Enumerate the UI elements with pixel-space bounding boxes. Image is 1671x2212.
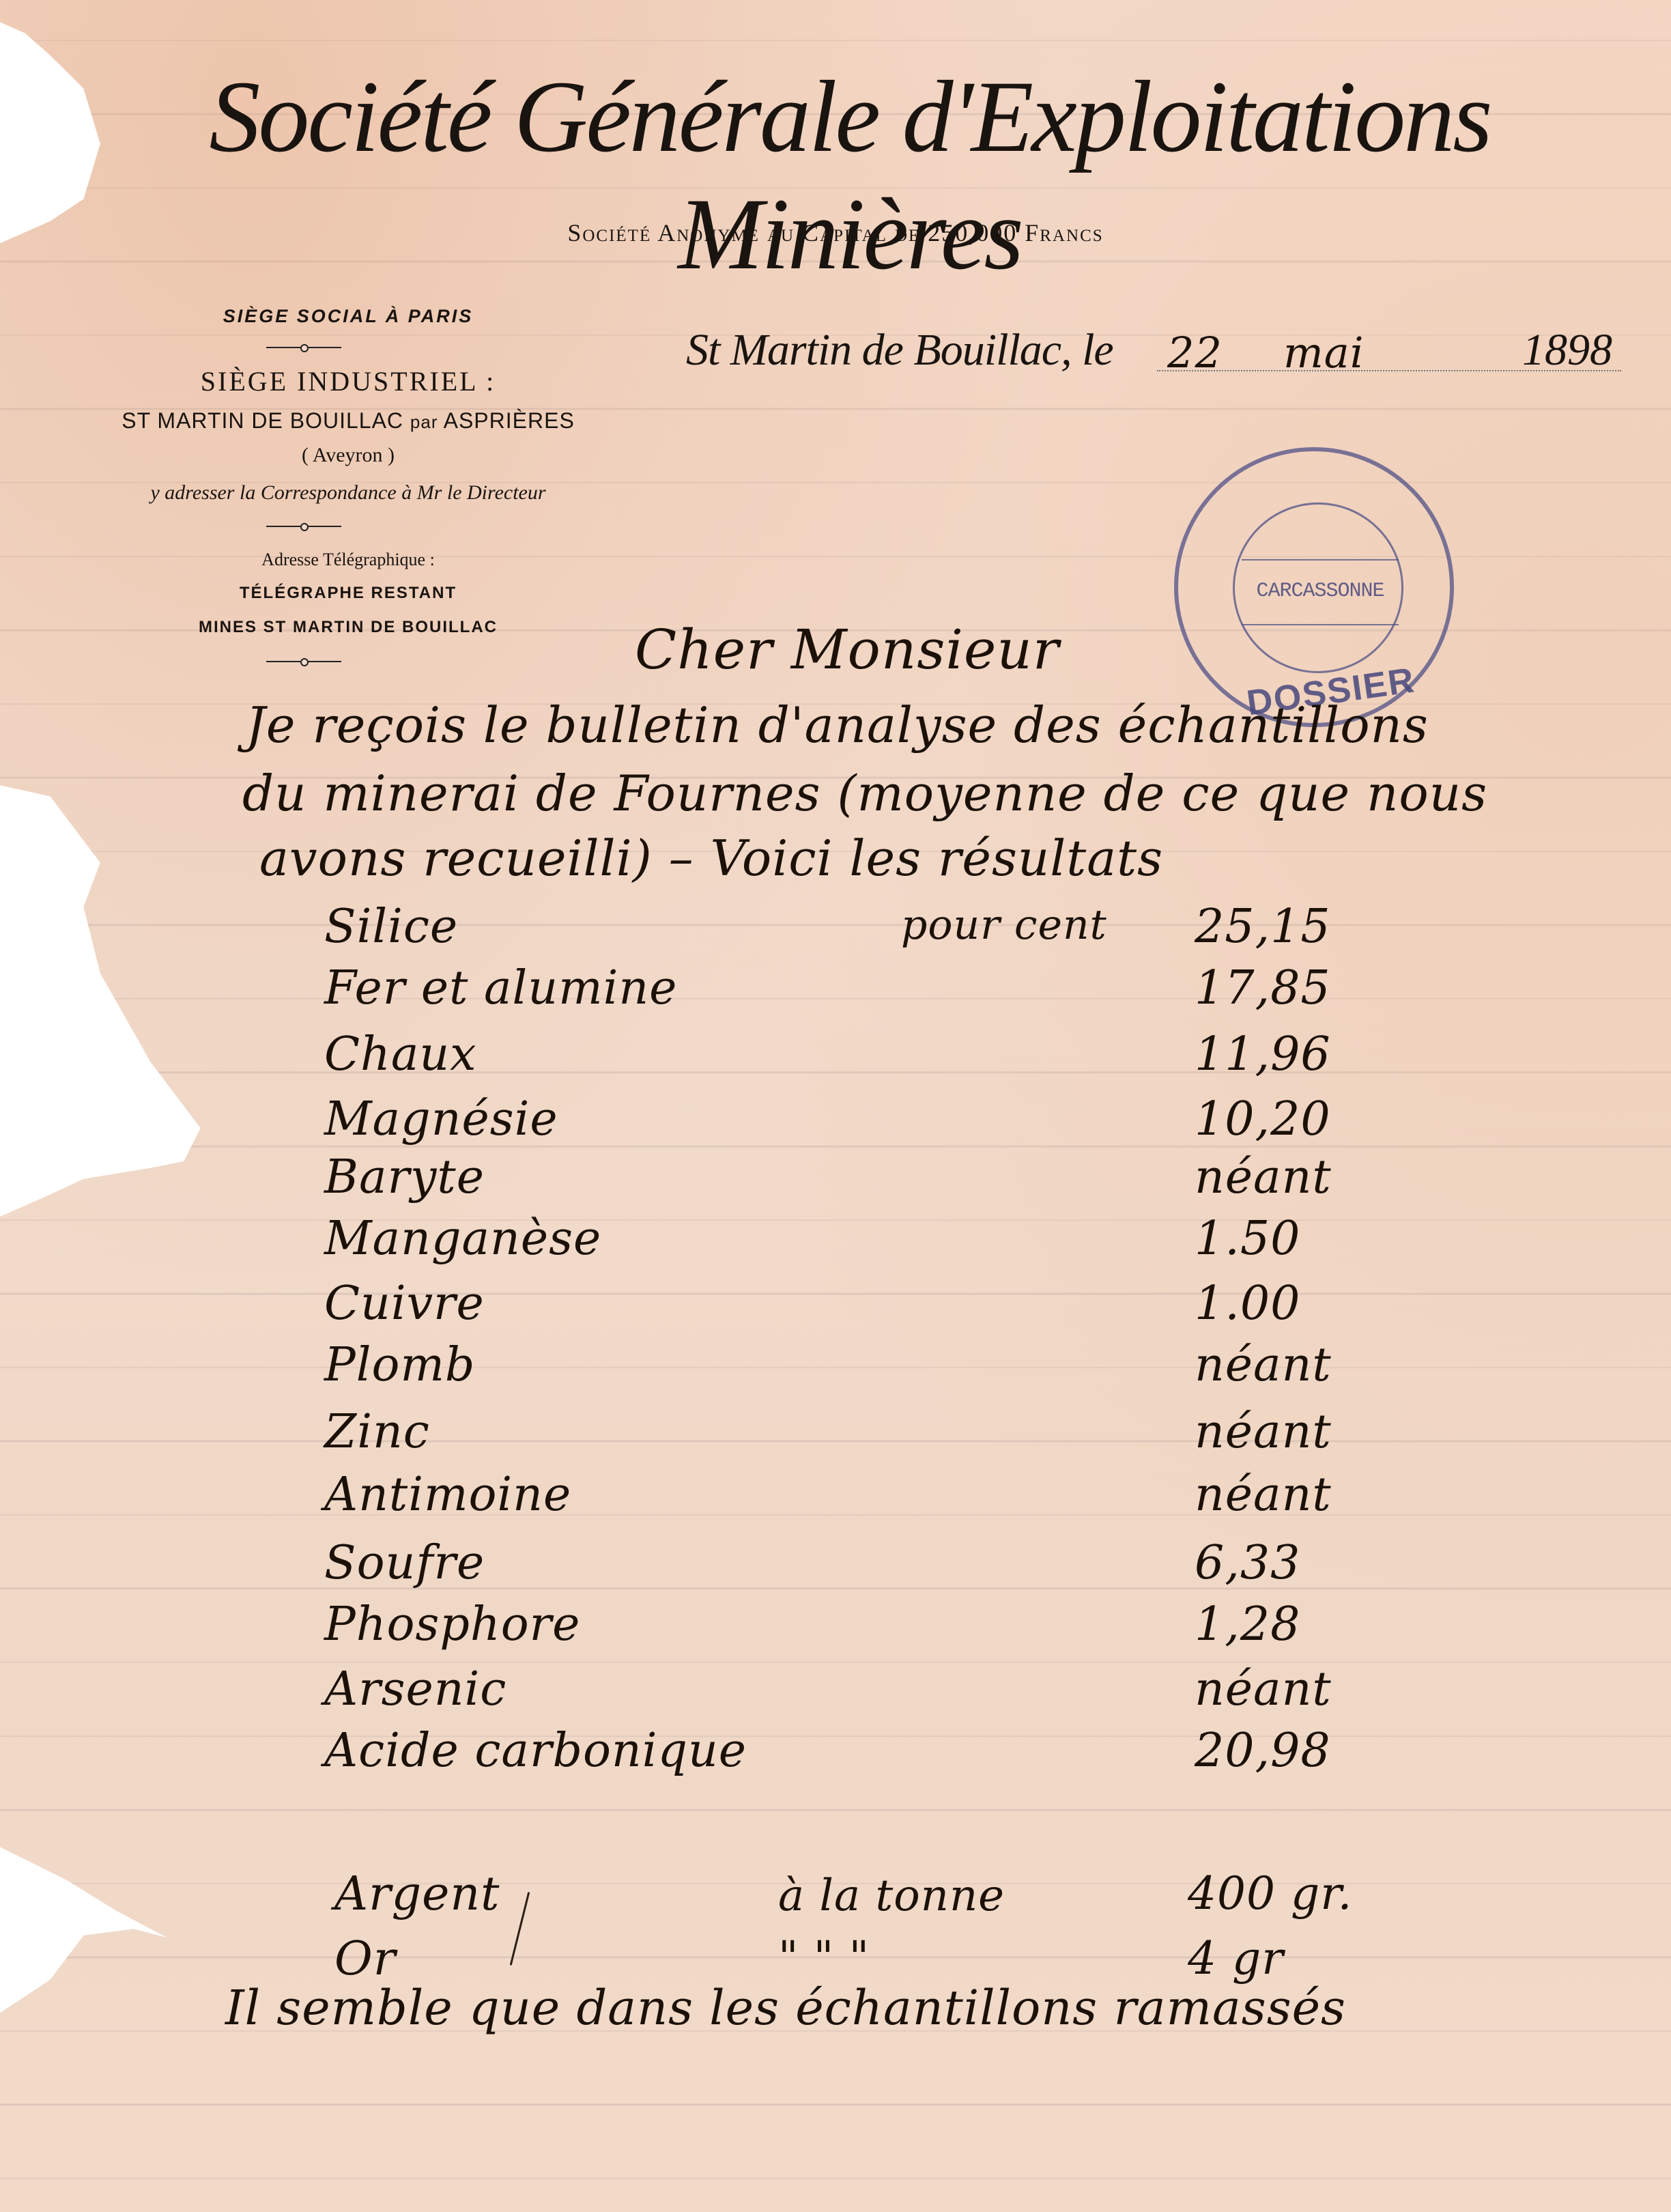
siege-social: SIÈGE SOCIAL À PARIS (89, 306, 608, 327)
date-month: mai (1283, 328, 1365, 378)
analysis-name: Fer et alumine (324, 961, 677, 1015)
telegraph-line-2: MINES ST MARTIN DE BOUILLAC (89, 618, 608, 637)
analysis-value: néant (1195, 1150, 1332, 1204)
carcassonne-dossier-stamp: CARCASSONNE DOSSIER (1174, 447, 1454, 727)
unit-label: pour cent (901, 901, 1107, 949)
correspondance-note: y adresser la Correspondance à Mr le Dir… (89, 481, 608, 505)
analysis-name: Phosphore (324, 1598, 580, 1651)
precious-per: à la tonne (778, 1871, 1005, 1921)
precious-per: " " " (778, 1932, 870, 1983)
stamp-line (1242, 624, 1399, 625)
bracket-mark (510, 1892, 530, 1965)
analysis-name: Acide carbonique (324, 1724, 747, 1778)
stamp-city: CARCASSONNE (1235, 580, 1405, 603)
siege-department: ( Aveyron ) (89, 444, 608, 467)
analysis-name: Arsenic (324, 1662, 506, 1716)
company-name: Société Générale d'Exploitations Minière… (116, 58, 1584, 293)
letter-paper: Société Générale d'Exploitations Minière… (0, 0, 1671, 2212)
analysis-value: 11,96 (1195, 1027, 1331, 1081)
analysis-value: néant (1195, 1468, 1332, 1522)
ornament-divider (266, 661, 341, 662)
dateline: St Martin de Bouillac, le 22 mai 1898 (686, 324, 1642, 379)
stamp-line (1242, 559, 1399, 561)
telegraph-line-1: TÉLÉGRAPHE RESTANT (89, 584, 608, 603)
analysis-name: Silice (324, 900, 458, 954)
analysis-value: 6,33 (1195, 1536, 1300, 1590)
analysis-value: 17,85 (1195, 961, 1331, 1015)
analysis-value: 1,28 (1195, 1598, 1300, 1651)
analysis-name: Antimoine (324, 1468, 571, 1522)
analysis-name: Soufre (324, 1536, 485, 1590)
analysis-value: 10,20 (1195, 1092, 1331, 1146)
body-line: Je reçois le bulletin d'analyse des écha… (246, 696, 1429, 754)
siege-industriel-heading: SIÈGE INDUSTRIEL : (89, 365, 608, 397)
telegraph-label: Adresse Télégraphique : (89, 550, 608, 570)
body-line: du minerai de Fournes (moyenne de ce que… (242, 765, 1487, 822)
siege-address: ST MARTIN DE BOUILLAC par ASPRIÈRES (89, 408, 608, 434)
date-day: 22 (1167, 328, 1223, 378)
dateline-place: St Martin de Bouillac, le (686, 324, 1113, 376)
analysis-value: 1.50 (1195, 1212, 1300, 1266)
body-line: avons recueilli) – Voici les résultats (259, 829, 1163, 887)
precious-name: Or (334, 1932, 396, 1986)
analysis-value: néant (1195, 1662, 1332, 1716)
analysis-name: Manganèse (324, 1212, 601, 1266)
siege-address-main: ST MARTIN DE BOUILLAC (122, 408, 403, 433)
analysis-value: néant (1195, 1405, 1332, 1459)
ornament-divider (266, 347, 341, 348)
salutation: Cher Monsieur (635, 618, 1059, 681)
company-subtitle: Société Anonyme au Capital de 250,000 Fr… (0, 218, 1671, 247)
analysis-value: 25,15 (1195, 900, 1331, 954)
siege-address-par: par (410, 412, 438, 432)
date-year: 1898 (1522, 324, 1612, 376)
ornament-divider (266, 526, 341, 527)
analysis-name: Zinc (324, 1405, 430, 1459)
analysis-value: 1.00 (1195, 1277, 1300, 1331)
precious-value: 4 gr (1188, 1932, 1284, 1985)
stamp-inner-circle: CARCASSONNE (1233, 502, 1403, 673)
analysis-name: Cuivre (324, 1277, 485, 1331)
analysis-value: néant (1195, 1338, 1332, 1392)
precious-name: Argent (334, 1867, 500, 1921)
precious-value: 400 gr. (1188, 1867, 1352, 1920)
analysis-name: Magnésie (324, 1092, 558, 1146)
siege-address-town: ASPRIÈRES (444, 408, 575, 433)
closing-line: Il semble que dans les échantillons rama… (225, 1980, 1346, 2036)
analysis-name: Chaux (324, 1027, 477, 1081)
analysis-value: 20,98 (1195, 1724, 1331, 1778)
analysis-name: Baryte (324, 1150, 485, 1204)
analysis-name: Plomb (324, 1338, 475, 1392)
